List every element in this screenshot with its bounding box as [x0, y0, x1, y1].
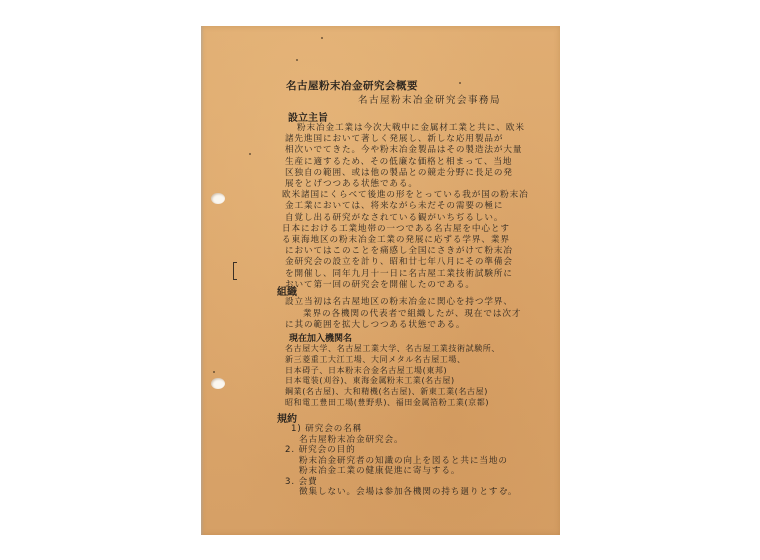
document-page: 名古屋粉末冶金研究会概要 名古屋粉末冶金研究会事務局 設立主旨 粉末冶金工業は今…	[201, 26, 560, 535]
staple-mark	[233, 262, 237, 280]
text-line: おいて第一回の研究会を開催したのである。	[285, 279, 475, 293]
binder-hole-bottom	[211, 378, 225, 389]
text-line: 昭和電工豊田工場(豊野県)、福田金属箔粉工業(京都)	[285, 396, 489, 410]
rule-item-text: 徴集しない。会場は参加各機関の持ち廻りとする。	[299, 486, 517, 500]
binder-hole-top	[211, 193, 225, 204]
document-subtitle: 名古屋粉末冶金研究会事務局	[358, 92, 501, 106]
document-title: 名古屋粉末冶金研究会概要	[286, 78, 418, 93]
rule-item-text: 粉末冶金工業の健康促進に寄与する。	[299, 465, 460, 479]
